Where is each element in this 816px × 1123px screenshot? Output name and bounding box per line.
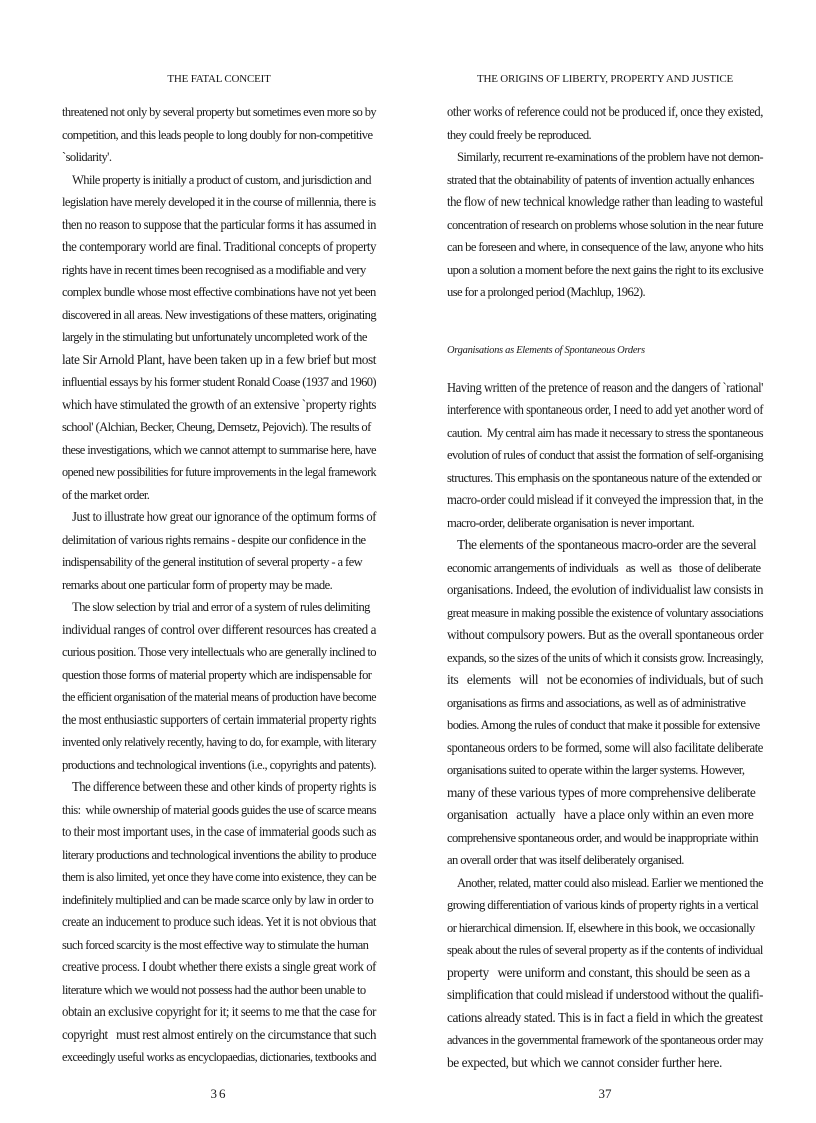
text-line: macro-order could mislead if it conveyed…: [447, 489, 763, 512]
text-line: organisations suited to operate within t…: [447, 759, 763, 782]
text-line: macro-order, deliberate organisation is …: [447, 512, 763, 535]
text-line: cations already stated. This is in fact …: [447, 1007, 763, 1030]
text-line: rights have in recent times been recogni…: [62, 259, 376, 282]
text-line: influential essays by his former student…: [62, 371, 376, 394]
text-line: spontaneous orders to be formed, some wi…: [447, 737, 763, 760]
text-line: the efficient organisation of the materi…: [62, 686, 376, 709]
text-line: simplification that could mislead if und…: [447, 984, 763, 1007]
text-line: other works of reference could not be pr…: [447, 101, 763, 124]
text-line: creative process. I doubt whether there …: [62, 956, 376, 979]
text-line: the contemporary world are final. Tradit…: [62, 236, 376, 259]
text-line: Just to illustrate how great our ignoran…: [62, 506, 376, 529]
text-line: legislation have merely developed it in …: [62, 191, 376, 214]
text-line: bodies. Among the rules of conduct that …: [447, 714, 763, 737]
text-line: obtain an exclusive copyright for it; it…: [62, 1001, 376, 1024]
text-line: literary productions and technological i…: [62, 844, 376, 867]
text-line: such forced scarcity is the most effecti…: [62, 934, 376, 957]
text-line: its elements will not be economies of in…: [447, 669, 763, 692]
running-head-right: THE ORIGINS OF LIBERTY, PROPERTY AND JUS…: [447, 73, 763, 85]
text-line: organisations as firms and associations,…: [447, 692, 763, 715]
text-line: `solidarity'.: [62, 146, 376, 169]
text-line: then no reason to suppose that the parti…: [62, 214, 376, 237]
text-line: without compulsory powers. But as the ov…: [447, 624, 763, 647]
spacer: [447, 363, 763, 377]
text-line: these investigations, which we cannot at…: [62, 439, 376, 462]
text-line: many of these various types of more comp…: [447, 782, 763, 805]
right-page-text-before-heading: other works of reference could not be pr…: [447, 101, 763, 304]
text-line: competition, and this leads people to lo…: [62, 124, 376, 147]
running-head-left: THE FATAL CONCEIT: [62, 73, 376, 85]
text-line: individual ranges of control over differ…: [62, 619, 376, 642]
text-line: exceedingly useful works as encyclopaedi…: [62, 1046, 376, 1069]
text-line: question those forms of material propert…: [62, 664, 376, 687]
text-line: economic arrangements of individuals as …: [447, 557, 763, 580]
text-line: threatened not only by several property …: [62, 101, 376, 124]
spacer: [447, 326, 763, 340]
text-line: comprehensive spontaneous order, and wou…: [447, 827, 763, 850]
text-line: literature which we would not possess ha…: [62, 979, 376, 1002]
text-line: The difference between these and other k…: [62, 776, 376, 799]
text-line: them is also limited, yet once they have…: [62, 866, 376, 889]
text-line: complex bundle whose most effective comb…: [62, 281, 376, 304]
text-line: expands, so the sizes of the units of wh…: [447, 647, 763, 670]
text-line: the most enthusiastic supporters of cert…: [62, 709, 376, 732]
text-line: evolution of rules of conduct that assis…: [447, 444, 763, 467]
text-line: use for a prolonged period (Machlup, 196…: [447, 281, 763, 304]
right-page-text-after-heading: Having written of the pretence of reason…: [447, 377, 763, 1075]
text-line: the flow of new technical knowledge rath…: [447, 191, 763, 214]
text-line: can be foreseen and where, in consequenc…: [447, 236, 763, 259]
text-line: Another, related, matter could also misl…: [447, 872, 763, 895]
text-line: organisation actually have a place only …: [447, 804, 763, 827]
text-line: invented only relatively recently, havin…: [62, 731, 376, 754]
text-line: organisations. Indeed, the evolution of …: [447, 579, 763, 602]
text-line: school' (Alchian, Becker, Cheung, Demset…: [62, 416, 376, 439]
text-line: late Sir Arnold Plant, have been taken u…: [62, 349, 376, 372]
page-number-right: 37: [447, 1086, 763, 1102]
text-line: curious position. Those very intellectua…: [62, 641, 376, 664]
left-page-body: threatened not only by several property …: [62, 101, 376, 1069]
text-line: advances in the governmental framework o…: [447, 1029, 763, 1052]
text-line: property were uniform and constant, this…: [447, 962, 763, 985]
text-line: indispensability of the general institut…: [62, 551, 376, 574]
text-line: which have stimulated the growth of an e…: [62, 394, 376, 417]
text-line: remarks about one particular form of pro…: [62, 574, 376, 597]
text-line: of the market order.: [62, 484, 376, 507]
text-line: caution. My central aim has made it nece…: [447, 422, 763, 445]
text-line: be expected, but which we cannot conside…: [447, 1052, 763, 1075]
text-line: Similarly, recurrent re-examinations of …: [447, 146, 763, 169]
text-line: great measure in making possible the exi…: [447, 602, 763, 625]
text-line: largely in the stimulating but unfortuna…: [62, 326, 376, 349]
text-line: Having written of the pretence of reason…: [447, 377, 763, 400]
text-line: speak about the rules of several propert…: [447, 939, 763, 962]
text-line: or hierarchical dimension. If, elsewhere…: [447, 917, 763, 940]
spacer: [447, 304, 763, 327]
text-line: delimitation of various rights remains -…: [62, 529, 376, 552]
text-line: this: while ownership of material goods …: [62, 799, 376, 822]
text-line: to their most important uses, in the cas…: [62, 821, 376, 844]
text-line: structures. This emphasis on the spontan…: [447, 467, 763, 490]
text-line: productions and technological inventions…: [62, 754, 376, 777]
text-line: upon a solution a moment before the next…: [447, 259, 763, 282]
text-line: concentration of research on problems wh…: [447, 214, 763, 237]
page-number-left: 36: [62, 1086, 376, 1102]
text-line: The slow selection by trial and error of…: [62, 596, 376, 619]
text-line: While property is initially a product of…: [62, 169, 376, 192]
text-line: discovered in all areas. New investigati…: [62, 304, 376, 327]
text-line: indefinitely multiplied and can be made …: [62, 889, 376, 912]
text-line: they could freely be reproduced.: [447, 124, 763, 147]
text-line: The elements of the spontaneous macro-or…: [447, 534, 763, 557]
text-line: create an inducement to produce such ide…: [62, 911, 376, 934]
section-heading: Organisations as Elements of Spontaneous…: [447, 340, 763, 363]
text-line: opened new possibilities for future impr…: [62, 461, 376, 484]
right-page-body: other works of reference could not be pr…: [447, 101, 763, 1074]
text-line: an overall order that was itself deliber…: [447, 849, 763, 872]
text-line: interference with spontaneous order, I n…: [447, 399, 763, 422]
text-line: strated that the obtainability of patent…: [447, 169, 763, 192]
text-line: copyright must rest almost entirely on t…: [62, 1024, 376, 1047]
text-line: growing differentiation of various kinds…: [447, 894, 763, 917]
